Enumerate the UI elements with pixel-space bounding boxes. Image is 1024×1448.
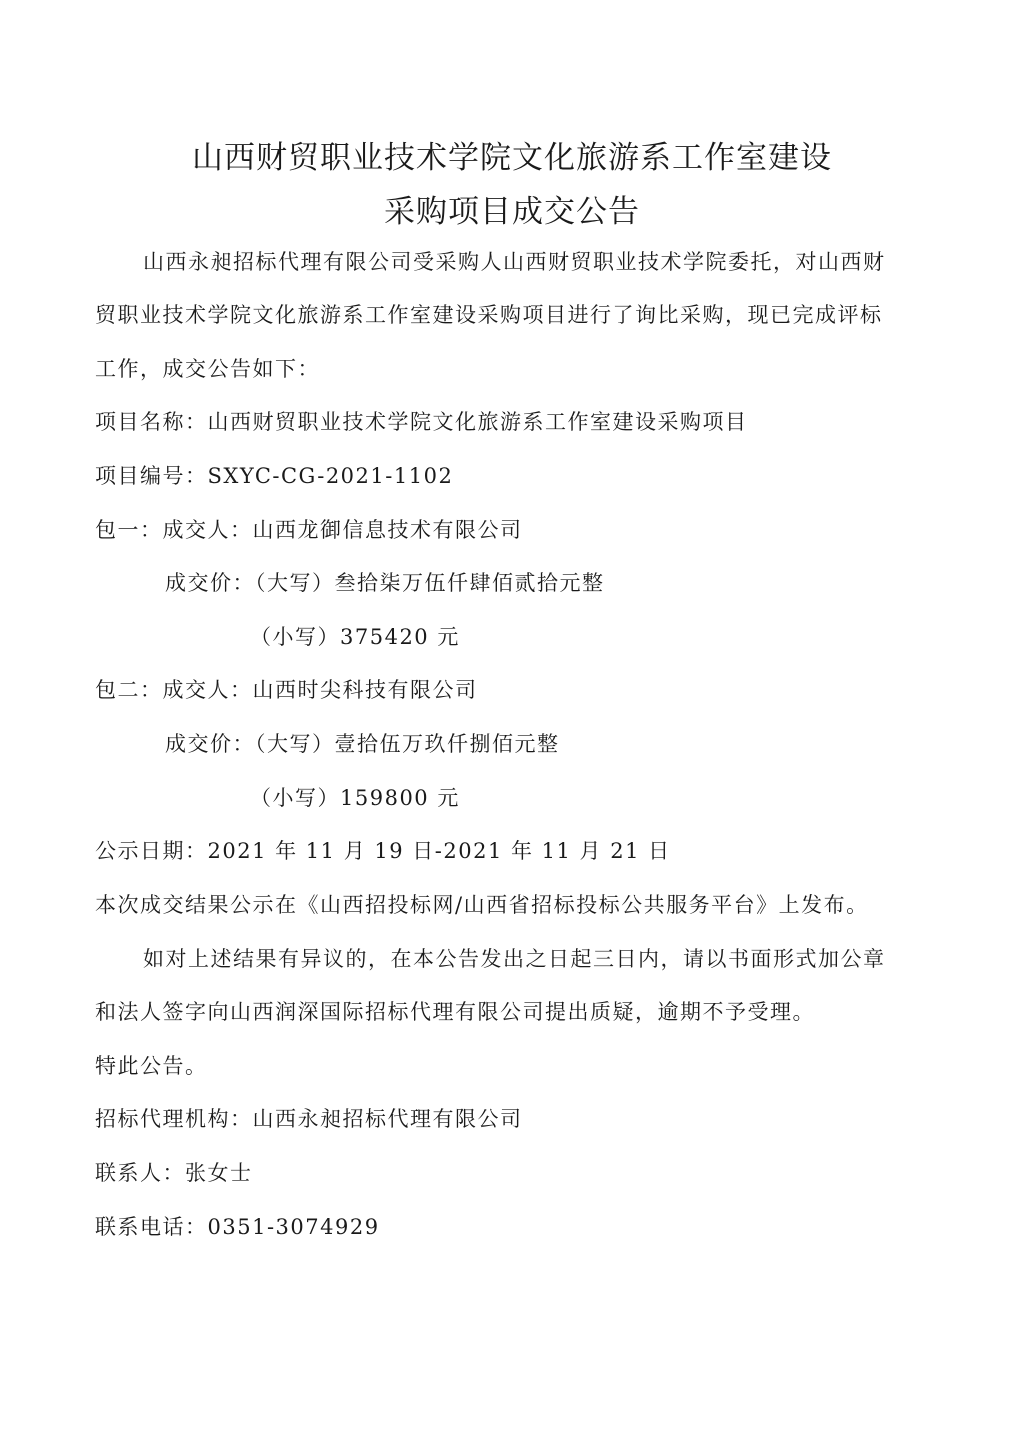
intro-line-1: 山西永昶招标代理有限公司受采购人山西财贸职业技术学院委托，对山西财: [143, 246, 886, 276]
intro-line-2: 贸职业技术学院文化旅游系工作室建设采购项目进行了询比采购，现已完成评标: [95, 299, 883, 329]
objection-line-2: 和法人签字向山西润深国际招标代理有限公司提出质疑，逾期不予受理。: [95, 996, 815, 1026]
document-title-line1: 山西财贸职业技术学院文化旅游系工作室建设: [0, 132, 1024, 177]
project-name: 项目名称：山西财贸职业技术学院文化旅游系工作室建设采购项目: [95, 406, 748, 436]
contact-phone: 联系电话：0351-3074929: [95, 1211, 380, 1241]
objection-line-1: 如对上述结果有异议的，在本公告发出之日起三日内，请以书面形式加公章: [143, 943, 886, 973]
package1-winner: 包一：成交人：山西龙御信息技术有限公司: [95, 514, 523, 544]
intro-line-3: 工作，成交公告如下：: [95, 353, 320, 383]
document-title-line2: 采购项目成交公告: [0, 186, 1024, 231]
publicity-period: 公示日期：2021 年 11 月 19 日-2021 年 11 月 21 日: [95, 835, 671, 865]
closing-statement: 特此公告。: [95, 1050, 208, 1080]
package1-price-upper: 成交价：（大写）叁拾柒万伍仟肆佰贰拾元整: [165, 567, 605, 597]
package1-price-lower: （小写）375420 元: [250, 621, 460, 651]
agency: 招标代理机构：山西永昶招标代理有限公司: [95, 1103, 523, 1133]
project-number: 项目编号：SXYC-CG-2021-1102: [95, 460, 453, 490]
package2-price-upper: 成交价：（大写）壹拾伍万玖仟捌佰元整: [165, 728, 560, 758]
package2-winner: 包二：成交人：山西时尖科技有限公司: [95, 674, 478, 704]
package2-price-lower: （小写）159800 元: [250, 782, 460, 812]
contact-person: 联系人：张女士: [95, 1157, 253, 1187]
publish-note: 本次成交结果公示在《山西招投标网/山西省招标投标公共服务平台》上发布。: [95, 889, 869, 919]
